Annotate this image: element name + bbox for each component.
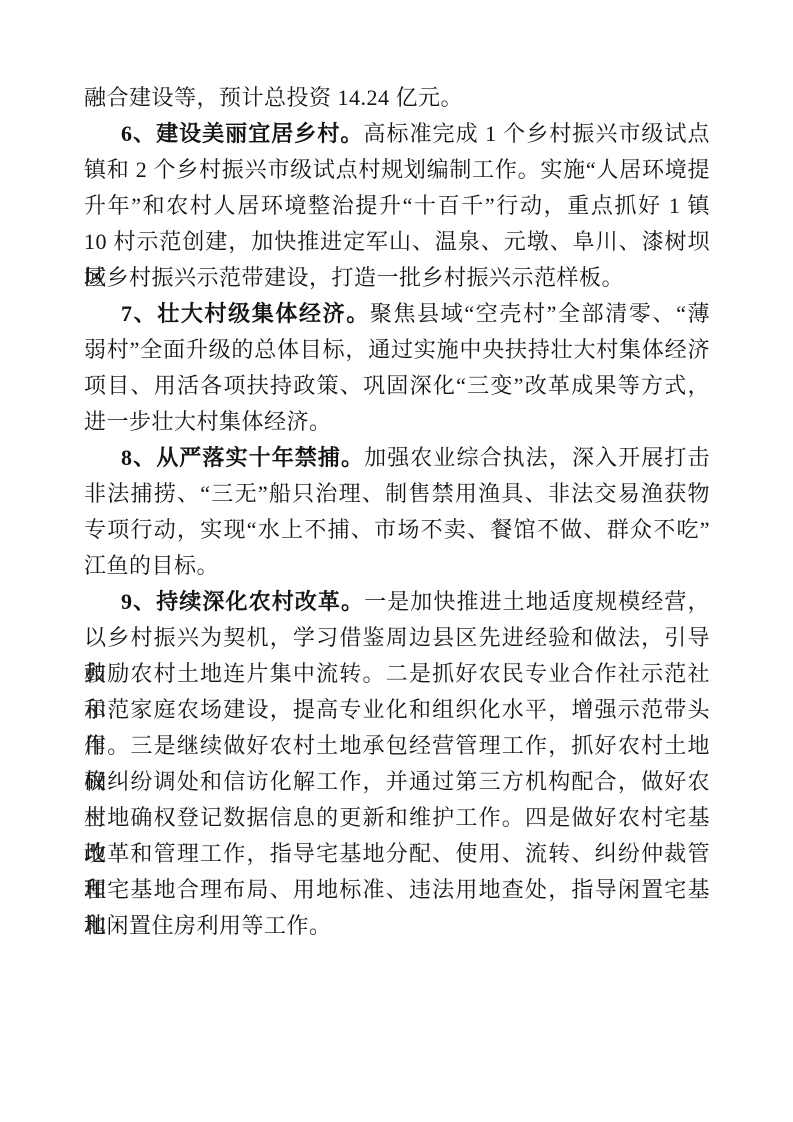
text-line: 镇和 2 个乡村振兴市级试点村规划编制工作。实施“人居环境提 (84, 152, 710, 188)
section-8-heading: 8、从严落实十年禁捕。 (121, 445, 364, 470)
line-text: 域乡村振兴示范带建设，打造一批乡村振兴示范样板。 (84, 265, 624, 290)
line-text: 和闲置住房利用等工作。 (84, 913, 332, 938)
paragraph-last-line: 域乡村振兴示范带建设，打造一批乡村振兴示范样板。 (84, 260, 710, 296)
line-text: 专项行动，实现“水上不捕、市场不卖、餐馆不做、群众不吃” (84, 517, 710, 542)
section-6-first-line: 6、建设美丽宜居乡村。高标准完成 1 个乡村振兴市级试点 (84, 116, 710, 152)
text-line: 权纠纷调处和信访化解工作，并通过第三方机构配合，做好农村 (84, 764, 710, 800)
text-line: 专项行动，实现“水上不捕、市场不卖、餐馆不做、群众不吃” (84, 512, 710, 548)
text-line: 10 村示范创建，加快推进定军山、温泉、元墩、阜川、漆树坝区 (84, 224, 710, 260)
text-line: 升年”和农村人居环境整治提升“十百千”行动，重点抓好 1 镇 (84, 188, 710, 224)
text-line: 和宅基地合理布局、用地标准、违法用地查处，指导闲置宅基地 (84, 872, 710, 908)
text-line: 土地确权登记数据信息的更新和维护工作。四是做好农村宅基地 (84, 800, 710, 836)
line-text: 弱村”全面升级的总体目标，通过实施中央扶持壮大村集体经济 (84, 337, 710, 362)
paragraph-last-line: 和闲置住房利用等工作。 (84, 908, 710, 944)
text-line: 鼓励农村土地连片集中流转。二是抓好农民专业合作社示范社和 (84, 656, 710, 692)
line-text: 升年”和农村人居环境整治提升“十百千”行动，重点抓好 1 镇 (84, 193, 710, 218)
text-block: 融合建设等，预计总投资 14.24 亿元。 6、建设美丽宜居乡村。高标准完成 1… (84, 80, 710, 944)
line-text: 江鱼的目标。 (84, 553, 219, 578)
line-text: 进一步壮大村集体经济。 (84, 409, 332, 434)
section-7-first-line: 7、壮大村级集体经济。聚焦县域“空壳村”全部清零、“薄 (84, 296, 710, 332)
text-line: 项目、用活各项扶持政策、巩固深化“三变”改革成果等方式， (84, 368, 710, 404)
line-text: 聚焦县域“空壳村”全部清零、“薄 (370, 301, 710, 326)
text-line: 改革和管理工作，指导宅基地分配、使用、流转、纠纷仲裁管理 (84, 836, 710, 872)
section-6-heading: 6、建设美丽宜居乡村。 (121, 121, 363, 146)
section-7-heading: 7、壮大村级集体经济。 (121, 301, 370, 326)
document-page: 融合建设等，预计总投资 14.24 亿元。 6、建设美丽宜居乡村。高标准完成 1… (0, 0, 793, 1122)
text-line: 以乡村振兴为契机，学习借鉴周边县区先进经验和做法，引导和 (84, 620, 710, 656)
section-9-heading: 9、持续深化农村改革。 (121, 589, 364, 614)
line-text: 非法捕捞、“三无”船只治理、制售禁用渔具、非法交易渔获物 (84, 481, 710, 506)
line-text: 一是加快推进土地适度规模经营， (364, 589, 710, 614)
text-line: 用。三是继续做好农村土地承包经营管理工作，抓好农村土地确 (84, 728, 710, 764)
line-text: 加强农业综合执法，深入开展打击 (364, 445, 710, 470)
text-line: 弱村”全面升级的总体目标，通过实施中央扶持壮大村集体经济 (84, 332, 710, 368)
line-text: 融合建设等，预计总投资 14.24 亿元。 (84, 85, 463, 110)
section-9-first-line: 9、持续深化农村改革。一是加快推进土地适度规模经营， (84, 584, 710, 620)
paragraph-last-line: 江鱼的目标。 (84, 548, 710, 584)
paragraph-last-line: 进一步壮大村集体经济。 (84, 404, 710, 440)
text-line: 示范家庭农场建设，提高专业化和组织化水平，增强示范带头作 (84, 692, 710, 728)
line-text: 项目、用活各项扶持政策、巩固深化“三变”改革成果等方式， (84, 373, 710, 398)
paragraph-tail-line: 融合建设等，预计总投资 14.24 亿元。 (84, 80, 710, 116)
section-8-first-line: 8、从严落实十年禁捕。加强农业综合执法，深入开展打击 (84, 440, 710, 476)
line-text: 高标准完成 1 个乡村振兴市级试点 (363, 121, 710, 146)
line-text: 镇和 2 个乡村振兴市级试点村规划编制工作。实施“人居环境提 (84, 157, 710, 182)
text-line: 非法捕捞、“三无”船只治理、制售禁用渔具、非法交易渔获物 (84, 476, 710, 512)
